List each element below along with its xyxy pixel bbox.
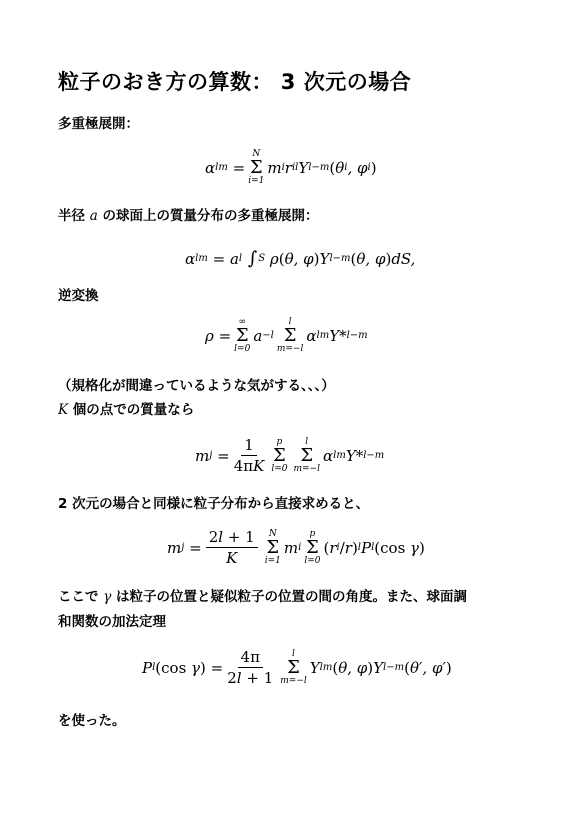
paragraph-direct: 2 次元の場合と同様に粒子分布から直接求めると、 xyxy=(58,492,369,512)
paragraph-multipole: 多重極展開： xyxy=(58,112,139,132)
paragraph-note: （規格化が間違っているような気がする、、、） xyxy=(58,374,335,394)
paragraph-kpoints: K 個の点での質量なら xyxy=(58,398,194,418)
paragraph-used: を使った。 xyxy=(58,709,126,729)
equation-5: mj = 2l + 1K NΣi=1 mi pΣl=0 (ri/r)lPl(co… xyxy=(167,528,425,567)
page-title: 粒子のおき方の算数： 3 次元の場合 xyxy=(58,66,411,96)
paragraph-sphere: 半径 a の球面上の質量分布の多重極展開： xyxy=(58,204,318,224)
equation-2: αlm = al ∫S ρ(θ, φ)Yl−m(θ, φ)dS, xyxy=(185,248,415,269)
equation-6: Pl(cos γ) = 4π2l + 1 lΣm=−l Ylm(θ, φ)Yl−… xyxy=(142,648,452,687)
equation-4: mj = 14πK pΣl=0 lΣm=−l αlmY*l−m xyxy=(195,436,384,475)
paragraph-inverse: 逆変換 xyxy=(58,284,99,304)
equation-3: ρ = ∞Σl=0 a−l lΣm=−l αlmY*l−m xyxy=(205,318,368,354)
paragraph-gamma: ここで γ は粒子の位置と疑似粒子の位置の間の角度。また、球面調 xyxy=(58,585,467,605)
paragraph-addition: 和関数の加法定理 xyxy=(58,610,166,630)
equation-1: αlm = NΣi=1 mirilYl−m(θi, φi) xyxy=(205,150,377,186)
